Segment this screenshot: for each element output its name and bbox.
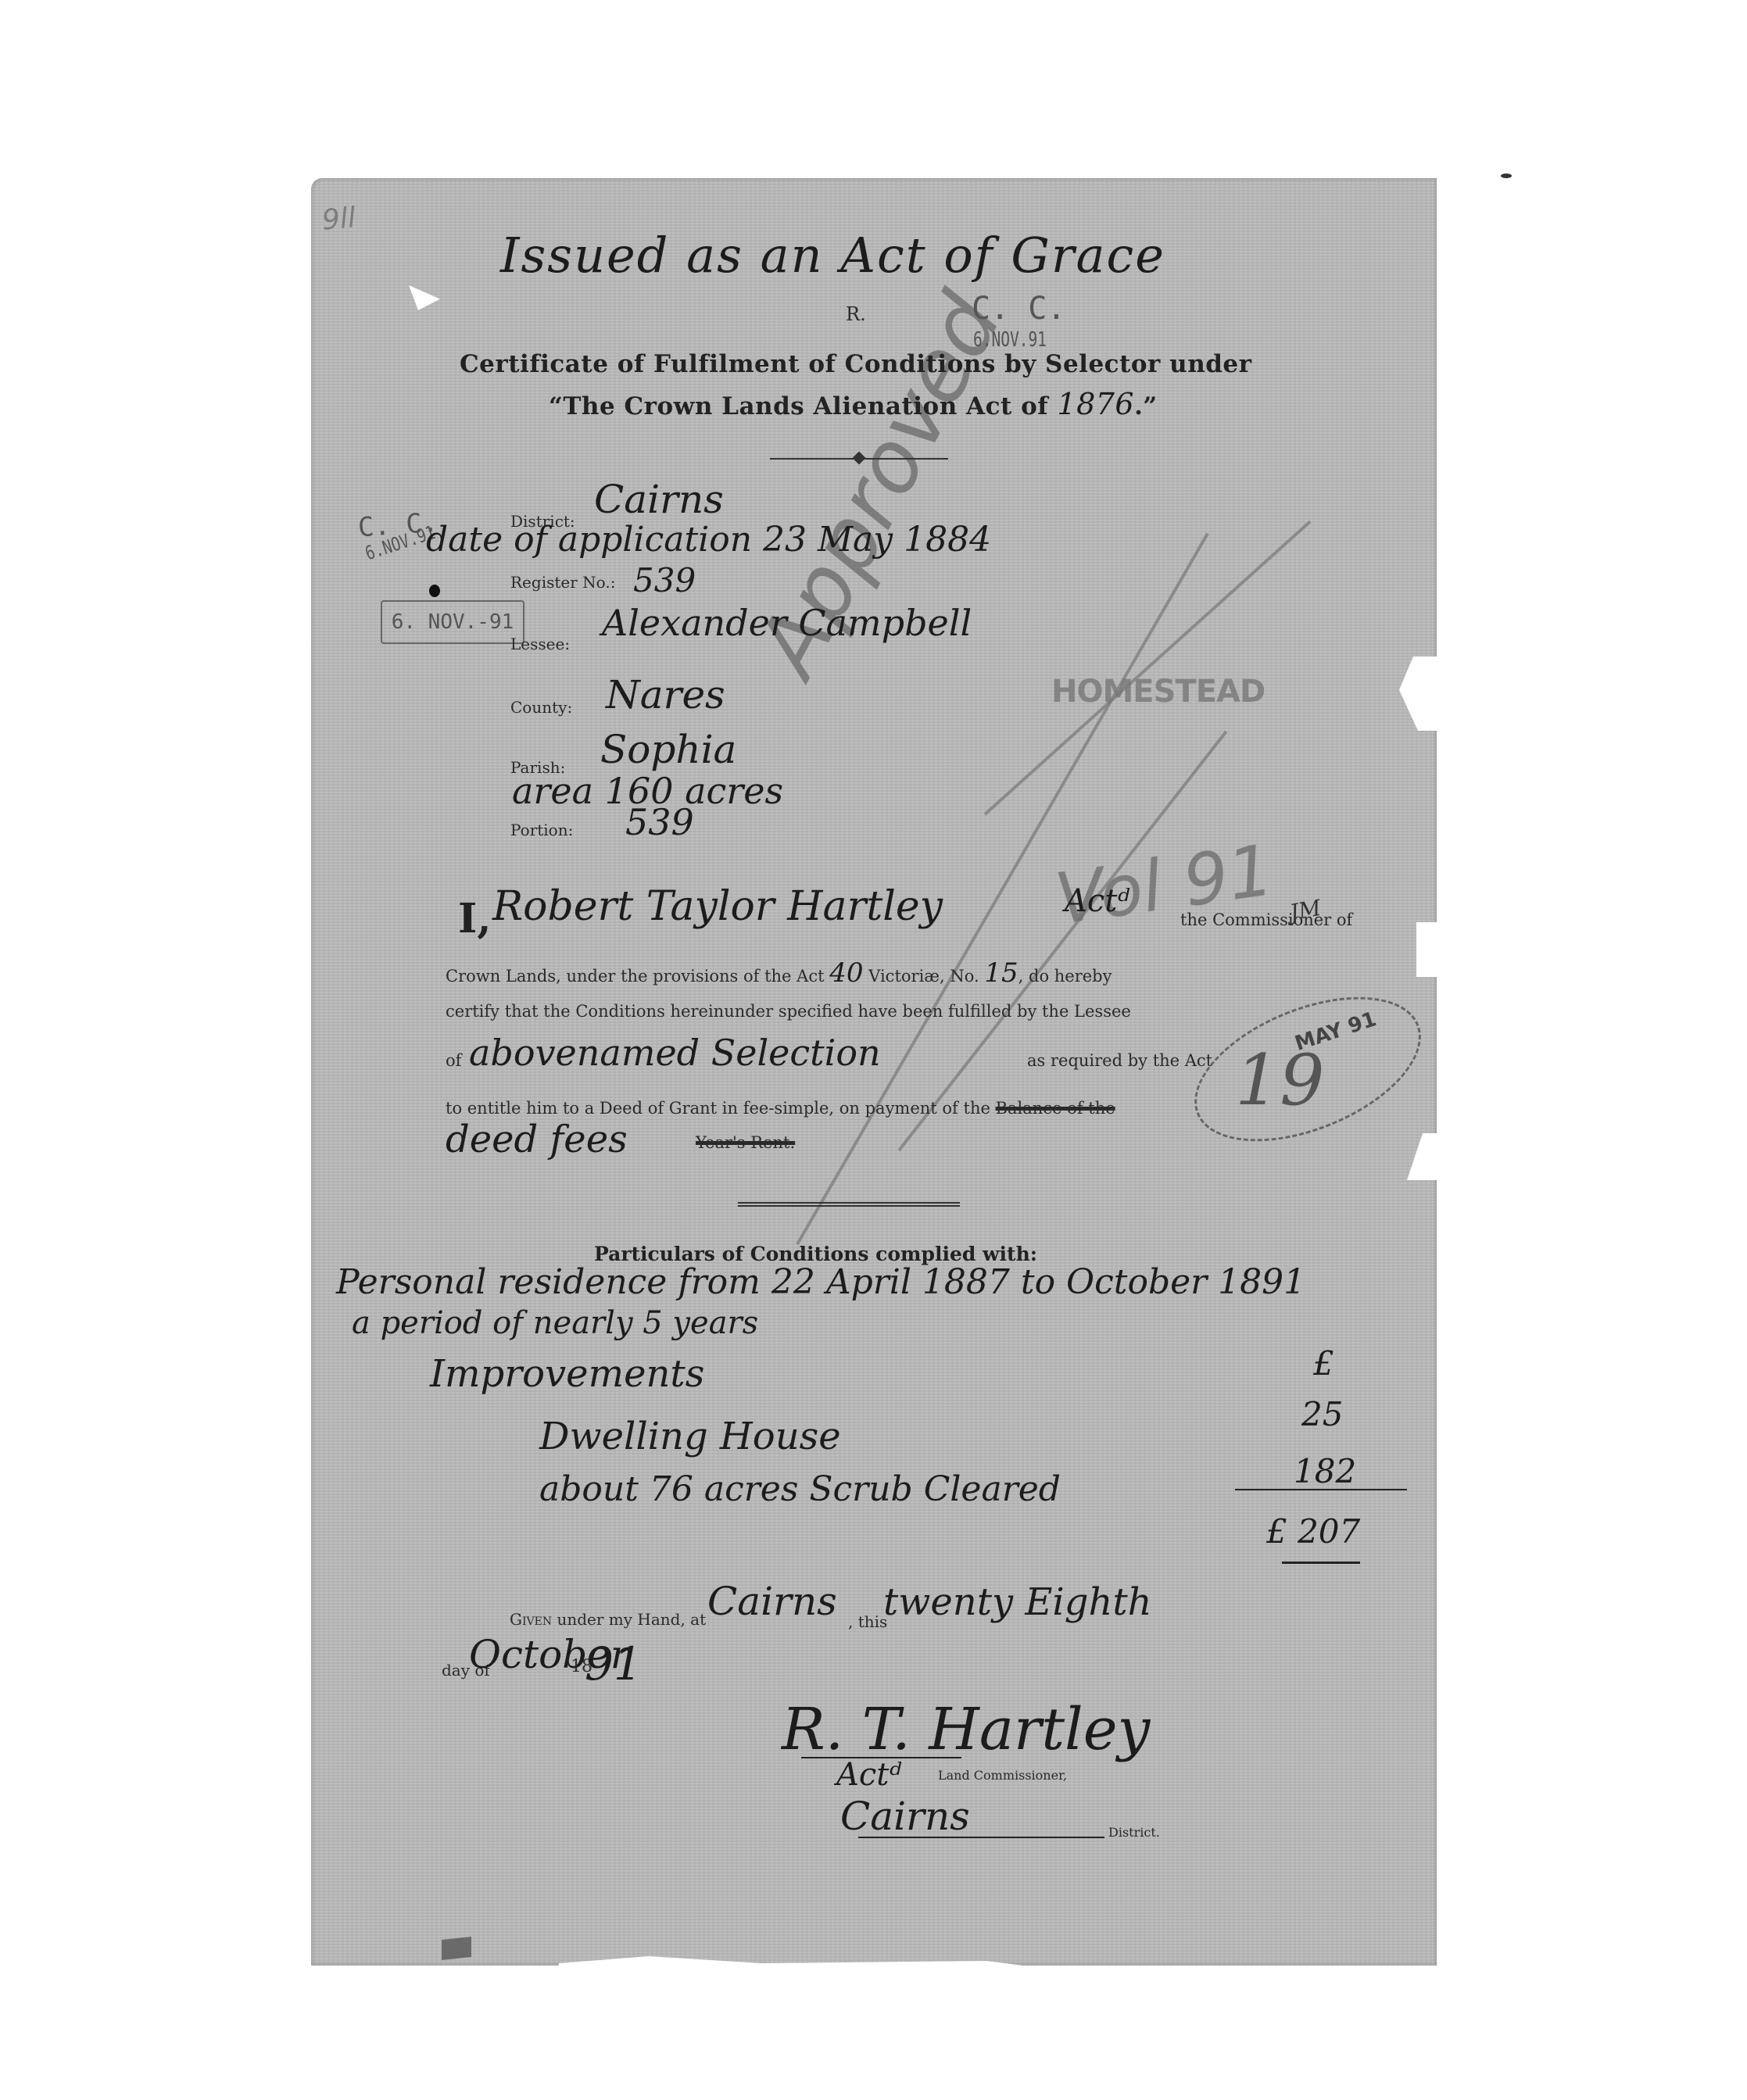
- particulars-line: Dwelling House: [539, 1415, 841, 1458]
- selection-value: abovenamed Selection: [469, 1032, 881, 1074]
- signature-district: Cairns: [840, 1794, 970, 1839]
- struck-year-rent: Year's Rent.: [696, 1133, 795, 1152]
- title-suffix: .”: [1134, 392, 1158, 420]
- cert-text: Victoriæ, No.: [868, 967, 979, 986]
- particulars-line: about 76 acres Scrub Cleared: [539, 1469, 1061, 1509]
- double-rule: [738, 1202, 960, 1207]
- cert-i: I,: [458, 895, 491, 943]
- struck-text: Balance of the: [996, 1099, 1115, 1118]
- year-suffix: 91: [585, 1637, 643, 1690]
- given-label: Given under my Hand, at: [510, 1610, 706, 1629]
- pencil-note: 9ll: [320, 202, 356, 237]
- given-place: Cairns: [707, 1579, 837, 1624]
- sum-line: [1235, 1489, 1407, 1490]
- cc-stamp-top: C. C.: [972, 291, 1065, 327]
- act-number: 40: [829, 957, 863, 989]
- register-value: 539: [633, 561, 696, 599]
- particulars-line: Improvements: [430, 1352, 704, 1396]
- amount-scrub: 182: [1294, 1452, 1356, 1490]
- payment-value: deed fees: [446, 1118, 628, 1161]
- homestead-stamp: HOMESTEAD: [1051, 674, 1265, 710]
- county-value: Nares: [606, 672, 725, 717]
- district-value: Cairns: [594, 477, 724, 522]
- total-underline: [1282, 1562, 1360, 1564]
- cert-text: , do hereby: [1018, 967, 1112, 986]
- cert-line-4-tail: as required by the Act: [1027, 1051, 1212, 1070]
- lessee-value: Alexander Campbell: [602, 602, 972, 644]
- portion-label: Portion:: [510, 821, 573, 839]
- pound-symbol: £: [1313, 1344, 1334, 1383]
- amount-total: £ 207: [1266, 1512, 1360, 1551]
- cert-text: to entitle him to a Deed of Grant in fee…: [446, 1099, 990, 1118]
- land-commissioner-label: Land Commissioner,: [938, 1768, 1067, 1783]
- portion-value: 539: [625, 801, 694, 843]
- county-label: County:: [510, 698, 572, 717]
- particulars-line: a period of nearly 5 years: [352, 1305, 758, 1341]
- lessee-label: Lessee:: [510, 635, 570, 653]
- ink-dot: [429, 585, 440, 597]
- reference-letter: R.: [846, 303, 866, 325]
- title-line-1: Certificate of Fulfilment of Conditions …: [460, 350, 1251, 378]
- oval-stamp-number: 19: [1235, 1039, 1325, 1122]
- cert-line-1: the Commissioner of: [1180, 910, 1352, 929]
- cert-line-5: to entitle him to a Deed of Grant in fee…: [446, 1099, 1115, 1118]
- particulars-line: Personal residence from 22 April 1887 to…: [336, 1262, 1305, 1302]
- amount-dwelling: 25: [1301, 1395, 1343, 1433]
- district-label-bottom: District.: [1108, 1825, 1160, 1840]
- title-year: 1876: [1057, 387, 1134, 421]
- parish-value: Sophia: [600, 727, 736, 772]
- signature: R. T. Hartley: [782, 1696, 1150, 1763]
- this-label: , this: [848, 1612, 887, 1631]
- acting-mark-signature: Actᵈ: [836, 1757, 901, 1793]
- torn-edge: [1416, 922, 1448, 977]
- cert-line-3: certify that the Conditions hereinunder …: [446, 1002, 1131, 1021]
- date-stamp-top: 6.NOV.91: [973, 328, 1047, 352]
- given-word: Given: [510, 1610, 552, 1629]
- speck: [1501, 174, 1512, 178]
- title-line-2: “The Crown Lands Alienation Act of 1876.…: [549, 387, 1158, 421]
- register-label: Register No.:: [510, 573, 615, 592]
- header-annotation: Issued as an Act of Grace: [500, 227, 1165, 284]
- given-text: under my Hand, at: [552, 1610, 706, 1629]
- cert-text: Crown Lands, under the provisions of the…: [446, 967, 825, 986]
- given-day: twenty Eighth: [883, 1580, 1152, 1624]
- cert-line-4-of: of: [446, 1051, 461, 1070]
- stain: [442, 1937, 471, 1960]
- cert-line-2: Crown Lands, under the provisions of the…: [446, 957, 1112, 989]
- title-prefix: “The Crown Lands Alienation Act of: [549, 392, 1057, 420]
- box-date-stamp: 6. NOV.-91: [381, 600, 524, 644]
- date-of-application: date of application 23 May 1884: [426, 520, 991, 560]
- victoria-number: 15: [984, 957, 1018, 989]
- commissioner-name: Robert Taylor Hartley: [492, 883, 943, 930]
- acting-mark: Actᵈ: [1065, 883, 1129, 919]
- district-line: [858, 1837, 1104, 1838]
- margin-initials: JM: [1287, 895, 1323, 925]
